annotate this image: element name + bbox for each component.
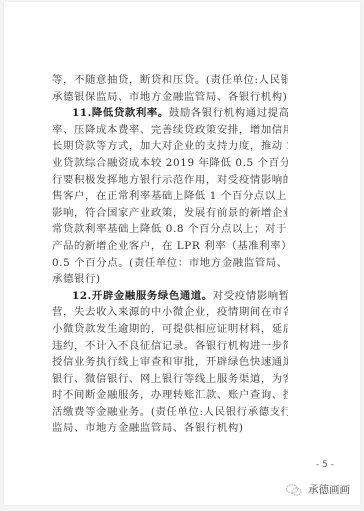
text-line: 违约，不计入不良征信记录。各银行机构进一步简化业务流程， (52, 338, 288, 355)
text-line: 行要积极发挥地方银行示范作用，对受疫情影响的新增小微零 (52, 172, 288, 189)
watermark-label: 承德画画 (308, 482, 350, 497)
text-line: 业贷款综合融资成本较 2019 年降低 0.5 个百分点。承德银 (52, 155, 288, 172)
text-line: 活缴费等金融业务。(责任单位:人民银行承德支行、承德银保 (52, 404, 288, 421)
text-line: 长期贷款等方式，加大对企业的支持力度，推动 2020 年企 (52, 138, 288, 155)
text-line: 监局、市地方金融监管局、各银行机构) (52, 420, 288, 437)
text-line: 时不间断金融服务，办理转账汇款、账户查询、投资理财、生 (52, 387, 288, 404)
text-line: 影响，符合国家产业政策，发展有前景的新增企业客户，在正 (52, 205, 288, 222)
section-11-number: 11. (72, 107, 92, 119)
text-line: 小微贷款发生逾期的，可提供相应证明材料，延后还款不视为 (52, 321, 288, 338)
text-line: 等，不随意抽贷，断贷和压贷。(责任单位:人民银行承德支行、 (52, 72, 288, 89)
section-11-first-line: 11.降低贷款利率。鼓励各银行机构通过提高企业首贷 (52, 105, 288, 122)
text-line: 售客户，在正常利率基础上降低 1 个百分点以上；对于受疫情 (52, 188, 288, 205)
text-line: 0.5 个百分点。(责任单位：市地方金融监管局、各银行机构、 (52, 255, 288, 272)
text-line: 承德银保监局、市地方金融监管局、各银行机构) (52, 89, 288, 106)
text-line: 营，失去收入来源的中小微企业，疫情期间在市各银行机构的 (52, 304, 288, 321)
wechat-icon (286, 484, 302, 496)
text-line: 常贷款利率基础上降低 0.8 个百分点以上；对于生产抗击疫情 (52, 221, 288, 238)
text-line: 产品的新增企业客户，在 LPR 利率（基准利率）基础上，下浮 (52, 238, 288, 255)
document-page: 等，不随意抽贷，断贷和压贷。(责任单位:人民银行承德支行、 承德银保监局、市地方… (4, 2, 360, 505)
page-number: - 5 - (316, 460, 334, 470)
document-body: 等，不随意抽贷，断贷和压贷。(责任单位:人民银行承德支行、 承德银保监局、市地方… (52, 72, 288, 437)
watermark: 承德画画 (286, 482, 350, 497)
section-12-number: 12. (72, 290, 92, 302)
text-line: 承德银行) (52, 271, 288, 288)
section-12-first-line: 12.开辟金融服务绿色通道。对受疫情影响暂时无法正常经 (52, 288, 288, 305)
section-11-heading: 降低贷款利率。 (92, 107, 169, 119)
section-12-heading: 开辟金融服务绿色通道。 (92, 290, 213, 302)
text-line: 授信业务执行线上审查和审批，开辟绿色快速通道。通过手机 (52, 354, 288, 371)
text-line: 率、压降成本费率、完善续贷政策安排，增加信用贷款和中 (52, 122, 288, 139)
text-line: 银行、微信银行、网上银行等线上服务渠道，为客户提供 24 小 (52, 371, 288, 388)
section-12-text: 对受疫情影响暂时无法正常经 (213, 290, 288, 302)
section-11-text: 鼓励各银行机构通过提高企业首贷 (169, 107, 288, 119)
